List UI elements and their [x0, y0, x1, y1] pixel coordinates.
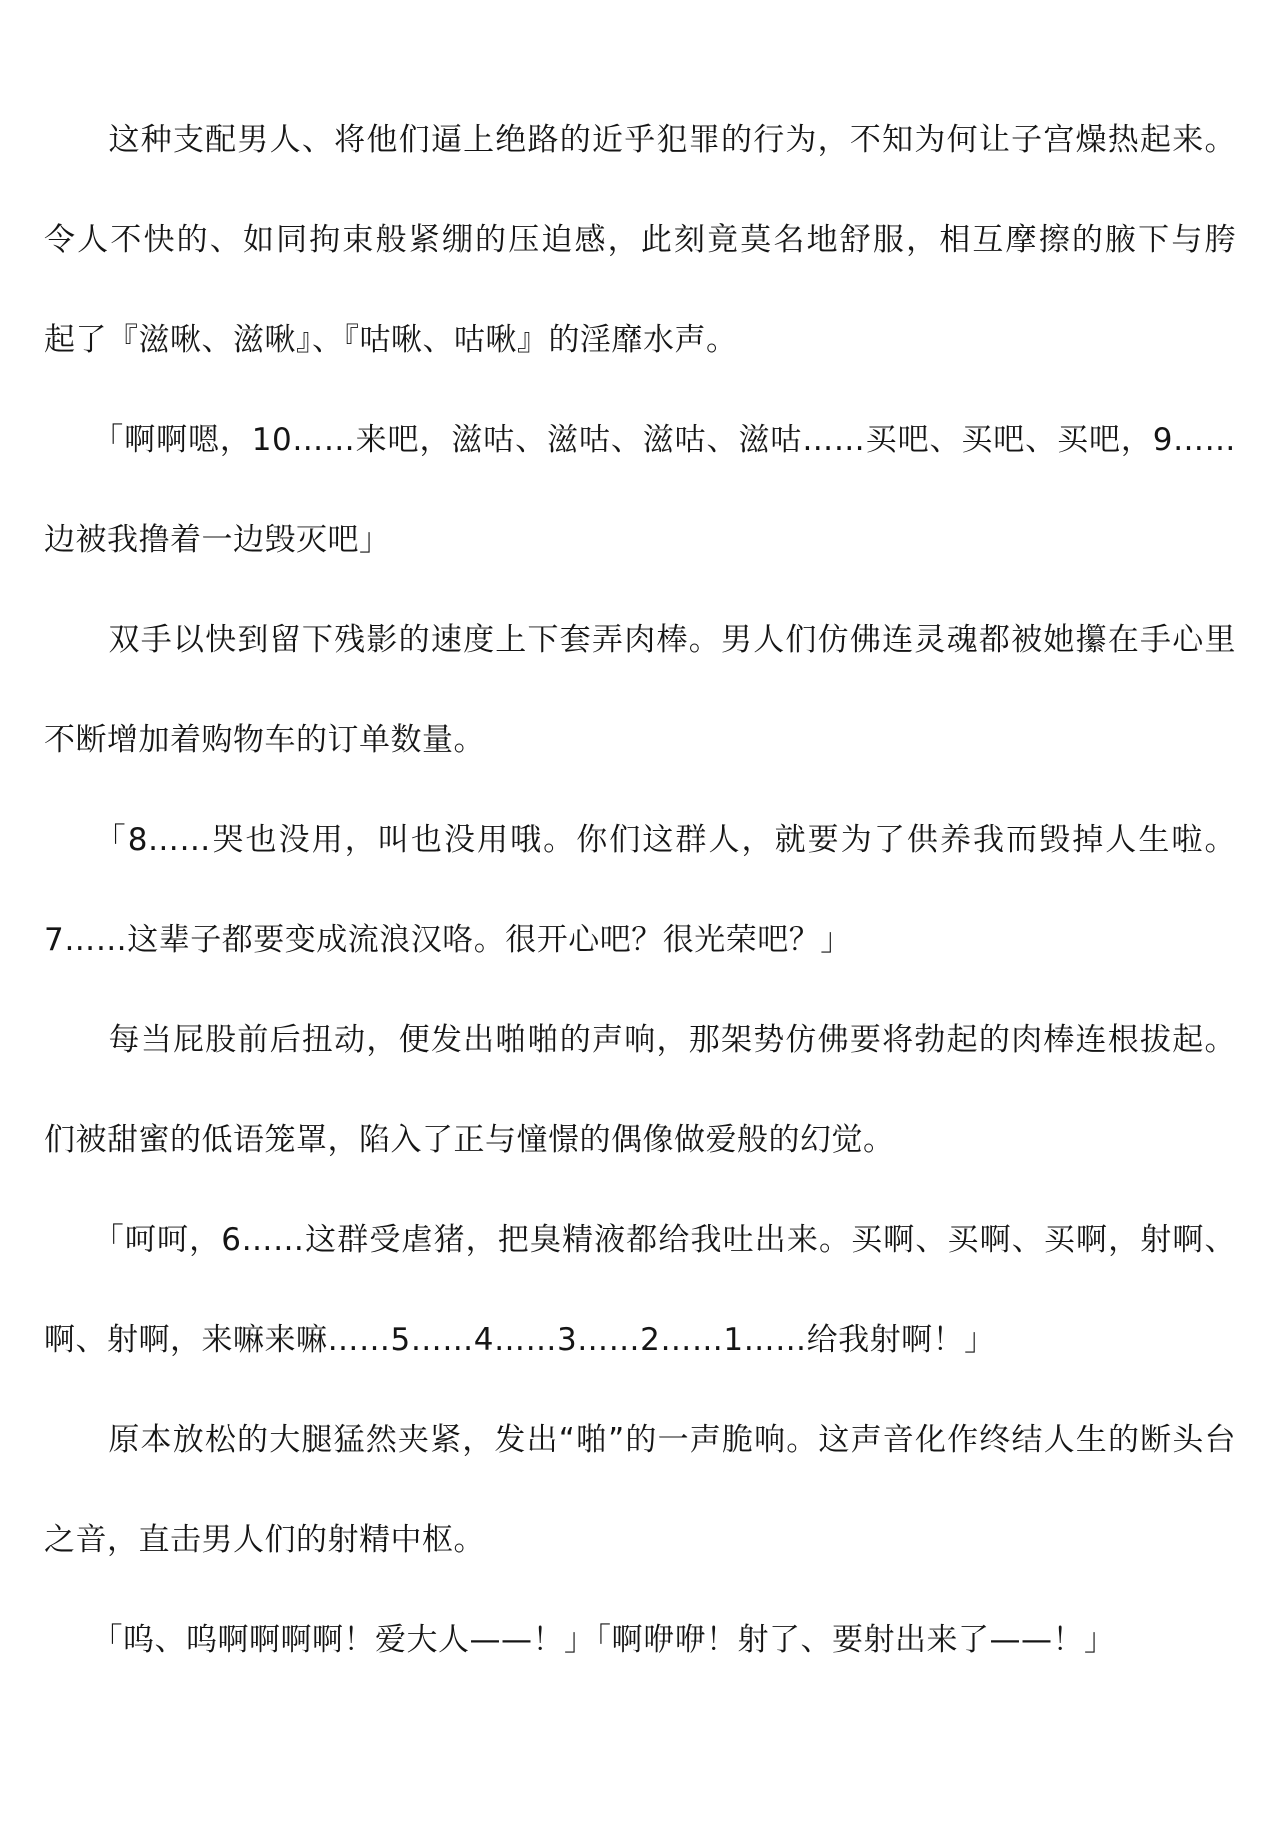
text-line: 令人不快的、如同拘束般紧绷的压迫感，此刻竟莫名地舒服，相互摩擦的腋下与胯间，响 — [44, 190, 1236, 290]
paragraph: 每当屁股前后扭动，便发出啪啪的声响，那架势仿佛要将勃起的肉棒连根拔起。男人 们被… — [44, 990, 1236, 1190]
text-line: 「呜、呜啊啊啊啊！爱大人——！」「啊咿咿！射了、要射出来了——！」 — [44, 1590, 1236, 1690]
paragraph: 双手以快到留下残影的速度上下套弄肉棒。男人们仿佛连灵魂都被她攥在手心里一样， 不… — [44, 590, 1236, 790]
text-line: 起了『滋啾、滋啾』、『咕啾、咕啾』的淫靡水声。 — [44, 290, 1236, 390]
paragraph: 原本放松的大腿猛然夹紧，发出“啪”的一声脆响。这声音化作终结人生的断头台处刑 之… — [44, 1390, 1236, 1590]
text-line: 「呵呵，6……这群受虐猪，把臭精液都给我吐出来。买啊、买啊、买啊，射啊、射 — [44, 1190, 1236, 1290]
paragraph: 「啊啊嗯，10……来吧，滋咕、滋咕、滋咕、滋咕……买吧、买吧、买吧，9……一 边… — [44, 390, 1236, 590]
paragraph: 「呵呵，6……这群受虐猪，把臭精液都给我吐出来。买啊、买啊、买啊，射啊、射 啊、… — [44, 1190, 1236, 1390]
text-line: 之音，直击男人们的射精中枢。 — [44, 1490, 1236, 1590]
text-line: 每当屁股前后扭动，便发出啪啪的声响，那架势仿佛要将勃起的肉棒连根拔起。男人 — [44, 990, 1236, 1090]
paragraph: 「8……哭也没用，叫也没用哦。你们这群人，就要为了供养我而毁掉人生啦。 7……这… — [44, 790, 1236, 990]
document-page: 这种支配男人、将他们逼上绝路的近乎犯罪的行为，不知为何让子宫燥热起来。本该 令人… — [0, 0, 1280, 1843]
text-line: 不断增加着购物车的订单数量。 — [44, 690, 1236, 790]
text-line: 原本放松的大腿猛然夹紧，发出“啪”的一声脆响。这声音化作终结人生的断头台处刑 — [44, 1390, 1236, 1490]
text-line: 「8……哭也没用，叫也没用哦。你们这群人，就要为了供养我而毁掉人生啦。 — [44, 790, 1236, 890]
text-line: 啊、射啊，来嘛来嘛……5……4……3……2……1……给我射啊！」 — [44, 1290, 1236, 1390]
paragraph: 「呜、呜啊啊啊啊！爱大人——！」「啊咿咿！射了、要射出来了——！」 — [44, 1590, 1236, 1690]
text-line: 7……这辈子都要变成流浪汉咯。很开心吧？很光荣吧？」 — [44, 890, 1236, 990]
text-line: 这种支配男人、将他们逼上绝路的近乎犯罪的行为，不知为何让子宫燥热起来。本该 — [44, 90, 1236, 190]
text-line: 双手以快到留下残影的速度上下套弄肉棒。男人们仿佛连灵魂都被她攥在手心里一样， — [44, 590, 1236, 690]
text-line: 边被我撸着一边毁灭吧」 — [44, 490, 1236, 590]
paragraph: 这种支配男人、将他们逼上绝路的近乎犯罪的行为，不知为何让子宫燥热起来。本该 令人… — [44, 90, 1236, 390]
text-line: 们被甜蜜的低语笼罩，陷入了正与憧憬的偶像做爱般的幻觉。 — [44, 1090, 1236, 1190]
text-line: 「啊啊嗯，10……来吧，滋咕、滋咕、滋咕、滋咕……买吧、买吧、买吧，9……一 — [44, 390, 1236, 490]
